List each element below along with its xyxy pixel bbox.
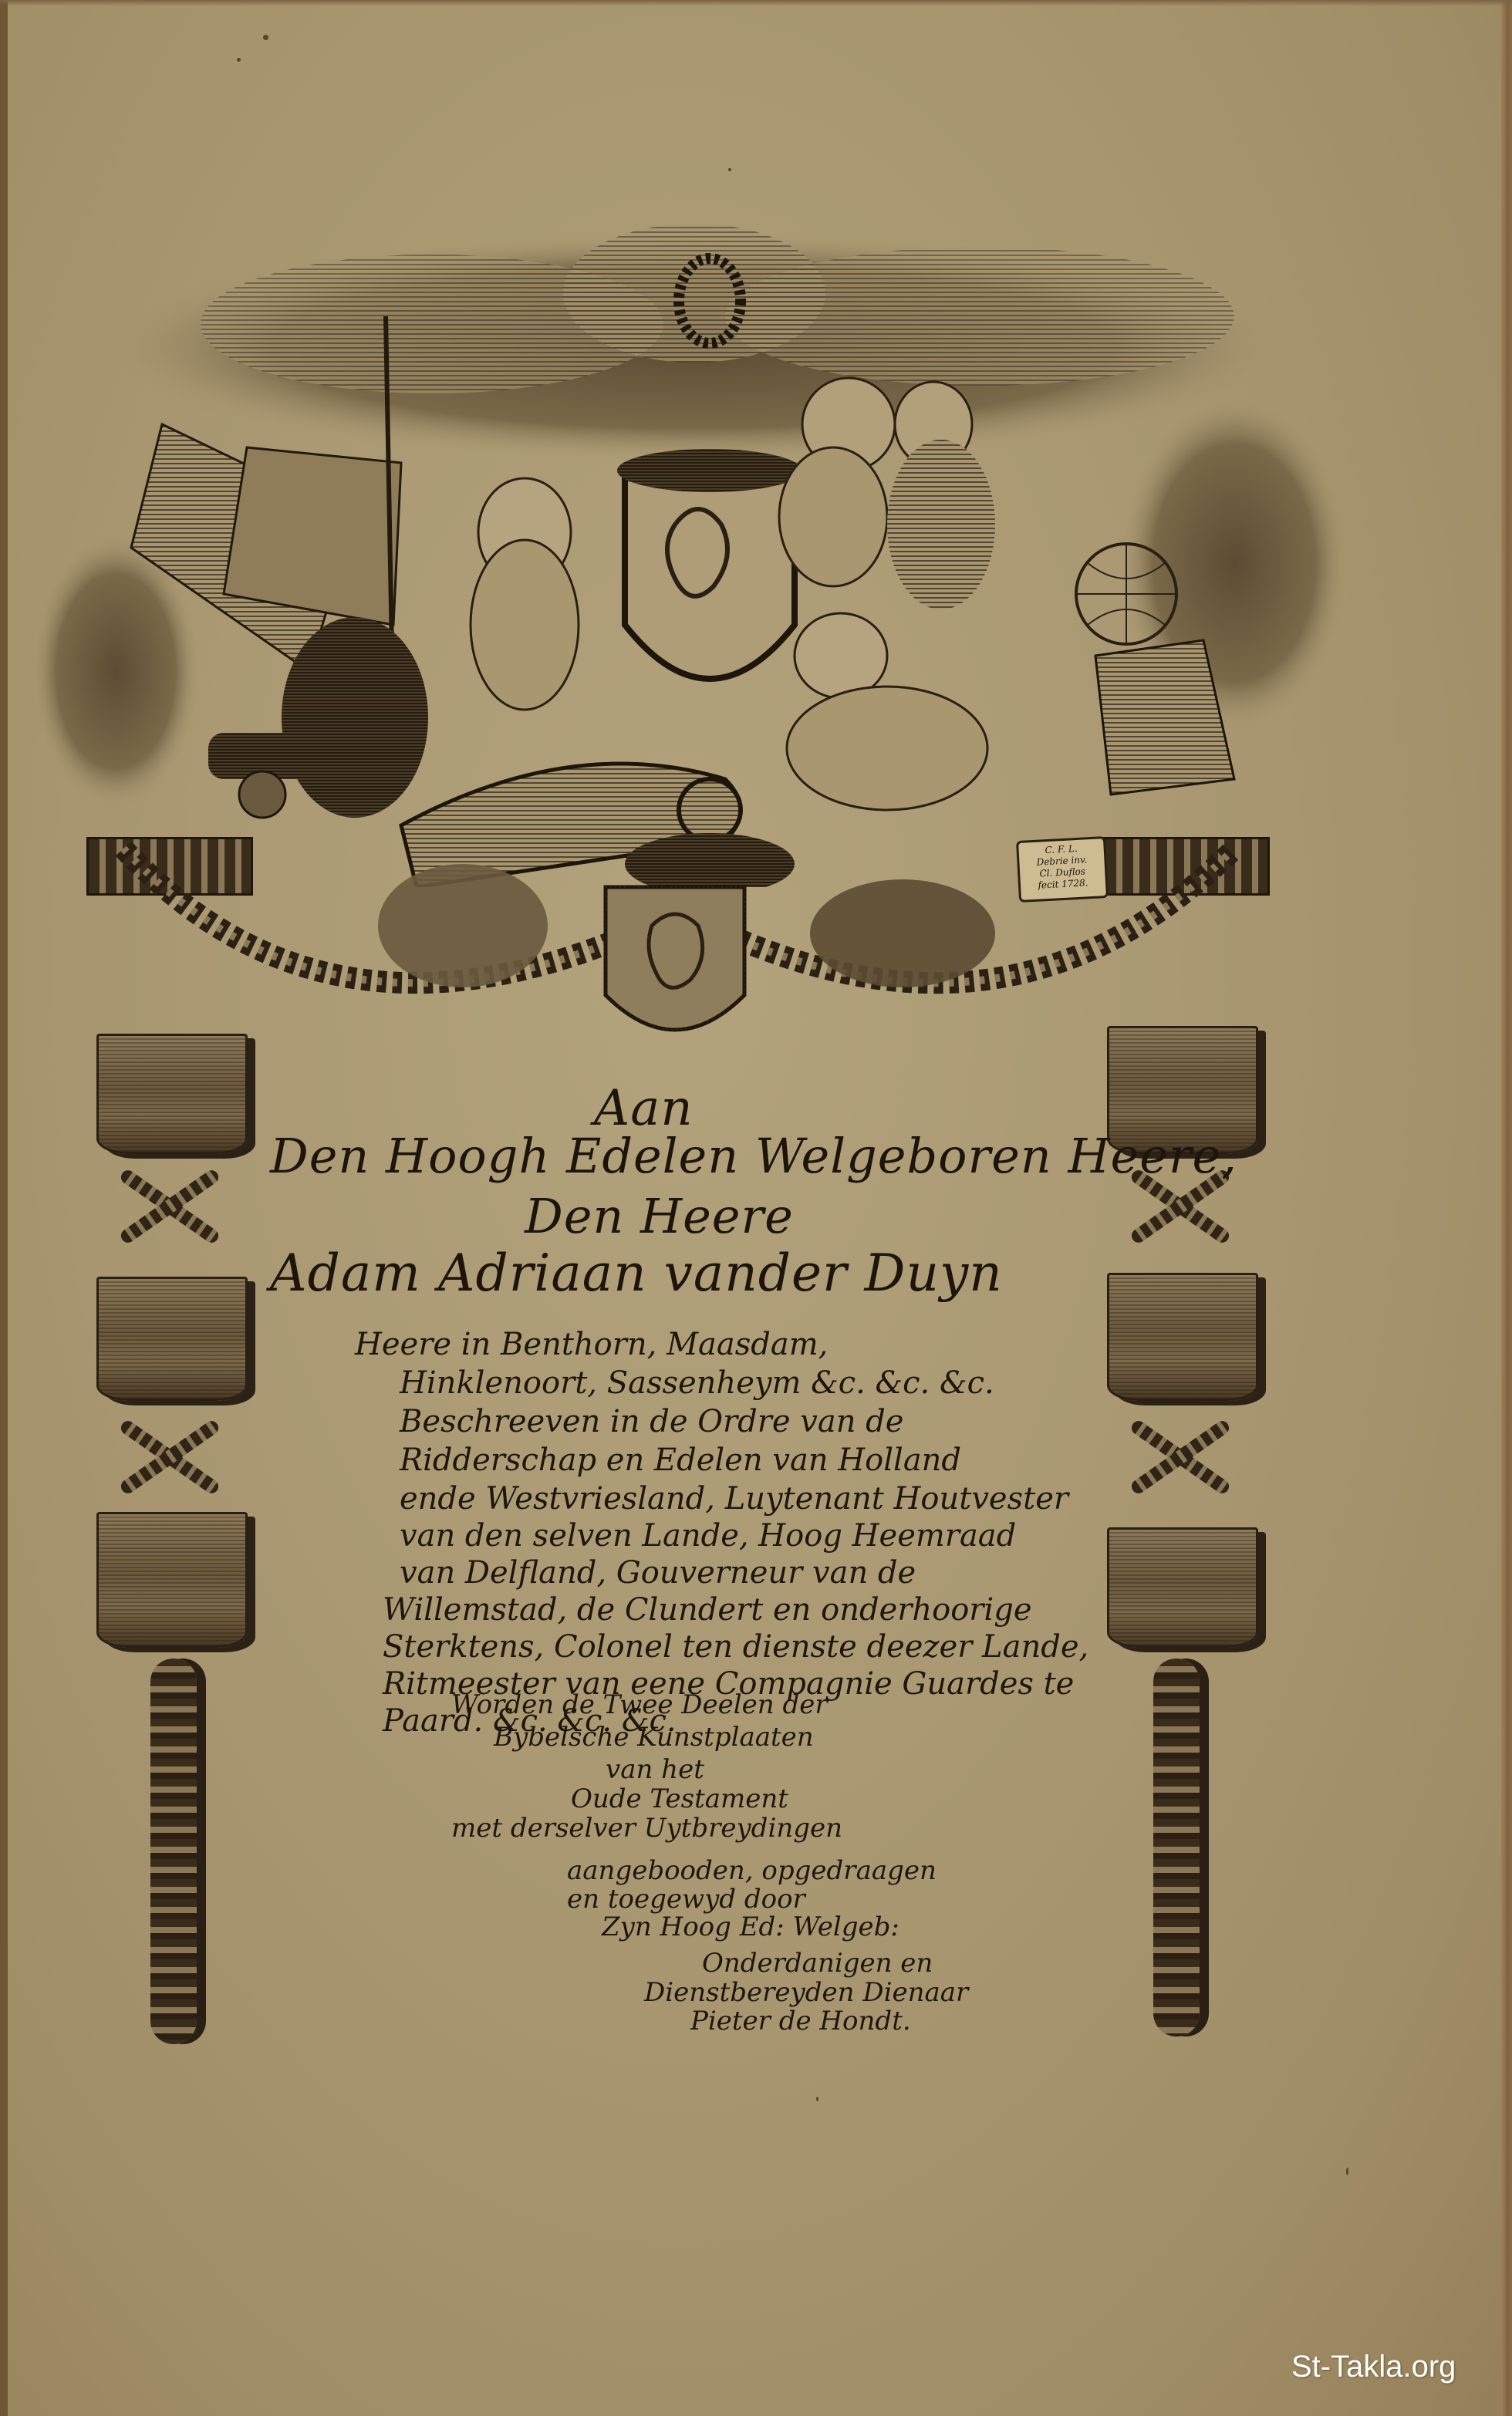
left-vignette-2: [96, 1277, 248, 1401]
title-line: Ridderschap en Edelen van Holland: [400, 1443, 961, 1478]
watermark: St-Takla.org: [1291, 2350, 1456, 2384]
title-line: Beschreeven in de Ordre van de: [400, 1404, 903, 1439]
engraver-inscription: C. F. L. Debrie inv. Cl. Duflos fecit 17…: [1018, 839, 1106, 900]
right-vignette-2: [1107, 1273, 1258, 1401]
left-vignette-3: [96, 1512, 248, 1648]
heading-den-heere: Den Heere: [525, 1188, 794, 1244]
right-vignette-3: [1107, 1527, 1258, 1648]
dedication-line: aangebooden, opgedraagen: [567, 1855, 937, 1886]
title-line: Heere in Benthorn, Maasdam,: [355, 1327, 828, 1362]
title-line: van den selven Lande, Hoog Heemraad: [400, 1518, 1016, 1554]
clouds-and-trophies-illustration: [31, 193, 1358, 887]
dedication-line: Pieter de Hondt.: [690, 2006, 911, 2036]
dedication-line: met derselver Uytbreydingen: [451, 1813, 842, 1844]
dedication-line: Dienstbereyden Dienaar: [644, 1977, 968, 2008]
title-line: Willemstad, de Clundert en onderhoorige: [383, 1592, 1031, 1628]
dedication-line: Bybelsche Kunstplaaten: [494, 1722, 814, 1753]
dedication-line: Worden de Twee Deelen der: [451, 1689, 828, 1720]
dedication-line: Zyn Hoog Ed: Welgeb:: [602, 1912, 899, 1942]
heading-name: Adam Adriaan vander Duyn: [270, 1243, 1003, 1303]
right-hanging-garland: [1153, 1658, 1200, 2036]
title-line: Sterktens, Colonel ten dienste deezer La…: [383, 1629, 1088, 1665]
title-line: ende Westvriesland, Luytenant Houtvester: [400, 1481, 1068, 1517]
dedication-line: van het: [606, 1754, 704, 1785]
dedication-line: Oude Testament: [571, 1783, 788, 1814]
dedication-line: en toegewyd door: [567, 1884, 805, 1915]
left-hanging-garland: [150, 1658, 197, 2044]
lower-coat-of-arms: [598, 879, 752, 1057]
heading-honorific: Den Hoogh Edelen Welgeboren Heere,: [270, 1128, 1237, 1184]
title-line: Hinklenoort, Sassenheym &c. &c. &c.: [400, 1365, 994, 1401]
left-vignette-1: [96, 1034, 248, 1154]
title-line: van Delfland, Gouverneur van de: [400, 1555, 916, 1591]
dedication-line: Onderdanigen en: [702, 1948, 933, 1979]
